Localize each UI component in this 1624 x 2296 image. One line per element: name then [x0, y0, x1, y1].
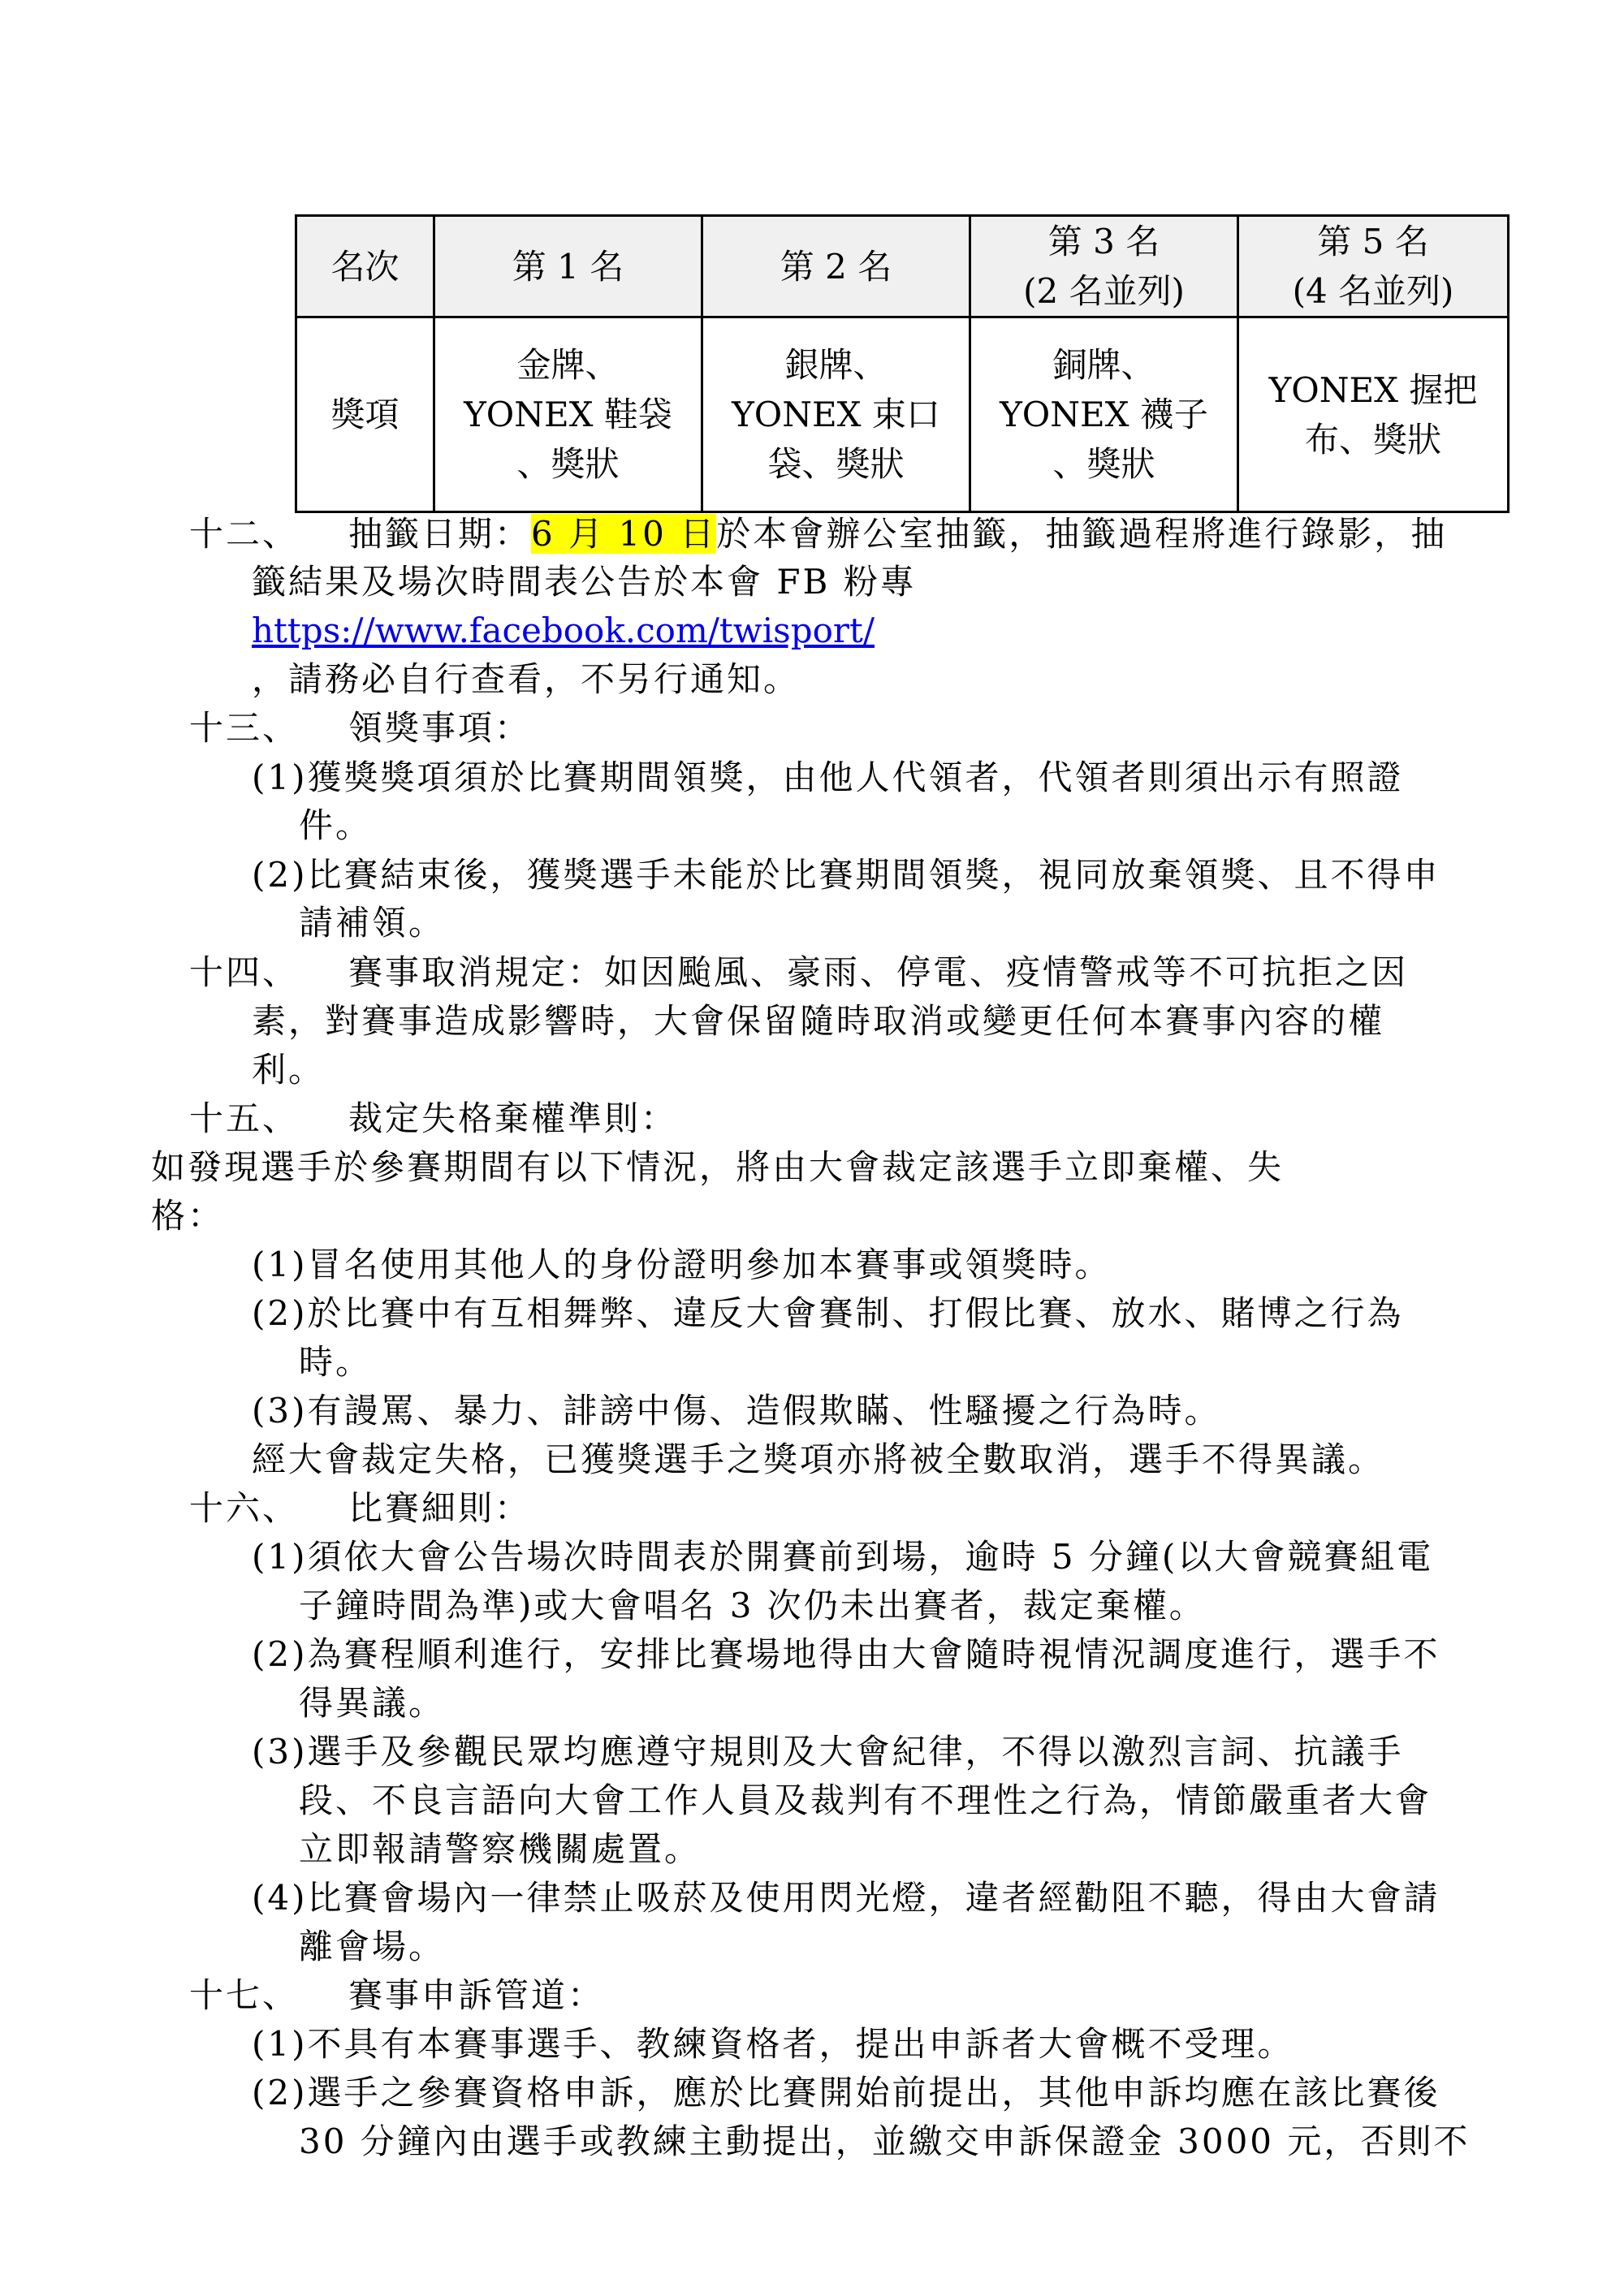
cell-line: 第 5 名 [1244, 217, 1502, 266]
text: 選手及參觀民眾均應遵守規則及大會紀律，不得以激烈言詞、抗議手 [308, 1732, 1404, 1772]
section-number: 十六、 [189, 1488, 348, 1529]
text: 於比賽中有互相舞弊、違反大會賽制、打假比賽、放水、賭博之行為 [308, 1293, 1404, 1333]
text: 冒名使用其他人的身份證明參加本賽事或領獎時。 [308, 1245, 1112, 1284]
text: 選手之參賽資格申訴，應於比賽開始前提出，其他申訴均應在該比賽後 [308, 2073, 1440, 2113]
table-header-row: 名次 第 1 名 第 2 名 第 3 名 (2 名並列) 第 5 名 (4 名並… [296, 216, 1509, 317]
list-item: (2)比賽結束後，獲獎選手未能於比賽期間領獎，視同放棄領獎、且不得申 [252, 855, 1440, 896]
row-label-prize: 獎項 [296, 317, 434, 512]
section-title: 裁定失格棄權準則： [348, 1098, 677, 1138]
list-item: (2)於比賽中有互相舞弊、違反大會賽制、打假比賽、放水、賭博之行為 [252, 1293, 1404, 1334]
list-marker: (3) [252, 1391, 308, 1431]
prize-cell-fifth: YONEX 握把 布、獎狀 [1238, 317, 1509, 512]
cell-line: 銅牌、 [976, 340, 1232, 390]
cell-line: 、獎狀 [976, 439, 1232, 489]
list-item: (3)有謾罵、暴力、誹謗中傷、造假欺瞞、性騷擾之行為時。 [252, 1391, 1221, 1431]
text: 有謾罵、暴力、誹謗中傷、造假欺瞞、性騷擾之行為時。 [308, 1391, 1221, 1431]
cell-line: 袋、獎狀 [708, 439, 964, 489]
section-number: 十七、 [189, 1975, 348, 2016]
list-marker: (2) [252, 855, 308, 895]
header-cell-second: 第 2 名 [702, 216, 970, 317]
list-marker: (4) [252, 1878, 308, 1918]
document-page: 名次 第 1 名 第 2 名 第 3 名 (2 名並列) 第 5 名 (4 名並… [0, 0, 1624, 2296]
cell-line: 布、獎狀 [1244, 415, 1502, 464]
text: 不具有本賽事選手、教練資格者，提出申訴者大會概不受理。 [308, 2024, 1294, 2064]
list-item-continuation: 件。 [299, 805, 372, 846]
cell-line: 、獎狀 [440, 439, 696, 489]
list-item-continuation: 請補領。 [299, 903, 445, 943]
list-item-continuation: 時。 [299, 1342, 372, 1383]
section-16-heading: 十六、比賽細則： [189, 1488, 531, 1529]
cell-line: YONEX 束口 [708, 390, 964, 439]
table-row: 獎項 金牌、 YONEX 鞋袋 、獎狀 銀牌、 YONEX 束口 袋、獎狀 銅牌… [296, 317, 1509, 512]
cell-line: 金牌、 [440, 340, 696, 390]
header-cell-rank: 名次 [296, 216, 434, 317]
facebook-link[interactable]: https://www.facebook.com/twisport/ [252, 611, 875, 651]
text: 賽事取消規定：如因颱風、豪雨、停電、疫情警戒等不可抗拒之因 [348, 952, 1408, 992]
cell-line: (4 名並列) [1244, 266, 1502, 316]
prize-cell-third: 銅牌、 YONEX 襪子 、獎狀 [970, 317, 1238, 512]
list-marker: (3) [252, 1732, 308, 1772]
list-item-continuation: 段、不良言語向大會工作人員及裁判有不理性之行為，情節嚴重者大會 [299, 1780, 1432, 1821]
list-marker: (2) [252, 1293, 308, 1333]
section-15-intro-1: 如發現選手於參賽期間有以下情況，將由大會裁定該選手立即棄權、失 [151, 1147, 1284, 1188]
section-number: 十五、 [189, 1098, 348, 1139]
cell-line: 第 3 名 [976, 217, 1232, 266]
list-item-continuation: 立即報請警察機關處置。 [299, 1829, 701, 1870]
list-marker: (1) [252, 1245, 308, 1284]
list-marker: (2) [252, 1634, 308, 1674]
section-title: 比賽細則： [348, 1488, 531, 1528]
list-item: (2)選手之參賽資格申訴，應於比賽開始前提出，其他申訴均應在該比賽後 [252, 2073, 1440, 2113]
list-item: (1)獲獎獎項須於比賽期間領獎，由他人代領者，代領者則須出示有照證 [252, 757, 1404, 798]
header-cell-first: 第 1 名 [434, 216, 702, 317]
list-marker: (1) [252, 757, 308, 797]
section-15-intro-2: 格： [151, 1196, 224, 1236]
prize-cell-first: 金牌、 YONEX 鞋袋 、獎狀 [434, 317, 702, 512]
section-15-heading: 十五、裁定失格棄權準則： [189, 1098, 677, 1139]
cell-line: YONEX 握把 [1244, 365, 1502, 415]
highlighted-date: 6 月 10 日 [531, 514, 716, 554]
section-number: 十二、 [189, 514, 348, 555]
prize-table: 名次 第 1 名 第 2 名 第 3 名 (2 名並列) 第 5 名 (4 名並… [295, 214, 1510, 513]
list-item-continuation: 30 分鐘內由選手或教練主動提出，並繳交申訴保證金 3000 元，否則不 [299, 2121, 1470, 2162]
list-marker: (1) [252, 1537, 308, 1577]
list-item: (1)不具有本賽事選手、教練資格者，提出申訴者大會概不受理。 [252, 2024, 1294, 2065]
section-14-line-2: 素，對賽事造成影響時，大會保留隨時取消或變更任何本賽事內容的權 [252, 1001, 1384, 1042]
section-17-heading: 十七、賽事申訴管道： [189, 1975, 604, 2016]
text: 須依大會公告場次時間表於開賽前到場，逾時 5 分鐘(以大會競賽組電 [308, 1537, 1434, 1577]
section-title: 領獎事項： [348, 708, 531, 748]
cell-line: YONEX 襪子 [976, 390, 1232, 439]
section-12-line-4: ，請務必自行查看，不另行通知。 [252, 659, 800, 700]
text: 為賽程順利進行，安排比賽場地得由大會隨時視情況調度進行，選手不 [308, 1634, 1440, 1674]
list-item: (2)為賽程順利進行，安排比賽場地得由大會隨時視情況調度進行，選手不 [252, 1634, 1440, 1675]
section-12-line-2: 籤結果及場次時間表公告於本會 FB 粉專 [252, 562, 917, 602]
section-13-heading: 十三、領獎事項： [189, 708, 531, 749]
section-number: 十四、 [189, 952, 348, 993]
list-item-continuation: 子鐘時間為準)或大會唱名 3 次仍未出賽者，裁定棄權。 [299, 1586, 1206, 1626]
list-item-continuation: 離會場。 [299, 1927, 445, 1967]
text: 獲獎獎項須於比賽期間領獎，由他人代領者，代領者則須出示有照證 [308, 757, 1404, 797]
section-12-line-1: 十二、抽籤日期：6 月 10 日於本會辦公室抽籤，抽籤過程將進行錄影，抽 [189, 514, 1447, 555]
list-item: (4)比賽會場內一律禁止吸菸及使用閃光燈，違者經勸阻不聽，得由大會請 [252, 1878, 1440, 1918]
section-number: 十三、 [189, 708, 348, 749]
list-item-continuation: 得異議。 [299, 1683, 445, 1724]
cell-line: 銀牌、 [708, 340, 964, 390]
list-item: (3)選手及參觀民眾均應遵守規則及大會紀律，不得以激烈言詞、抗議手 [252, 1732, 1404, 1772]
section-title: 抽籤日期： [348, 514, 531, 554]
cell-line: (2 名並列) [976, 266, 1232, 316]
section-title: 賽事申訴管道： [348, 1975, 604, 2015]
cell-line: YONEX 鞋袋 [440, 390, 696, 439]
text: 於本會辦公室抽籤，抽籤過程將進行錄影，抽 [716, 514, 1447, 554]
section-14-line-3: 利。 [252, 1050, 325, 1090]
list-marker: (1) [252, 2024, 308, 2064]
text: 比賽結束後，獲獎選手未能於比賽期間領獎，視同放棄領獎、且不得申 [308, 855, 1440, 895]
header-cell-fifth: 第 5 名 (4 名並列) [1238, 216, 1509, 317]
list-item: (1)須依大會公告場次時間表於開賽前到場，逾時 5 分鐘(以大會競賽組電 [252, 1537, 1433, 1577]
list-item: (1)冒名使用其他人的身份證明參加本賽事或領獎時。 [252, 1245, 1112, 1285]
prize-cell-second: 銀牌、 YONEX 束口 袋、獎狀 [702, 317, 970, 512]
text: 比賽會場內一律禁止吸菸及使用閃光燈，違者經勸阻不聽，得由大會請 [308, 1878, 1440, 1918]
section-15-closing: 經大會裁定失格，已獲獎選手之獎項亦將被全數取消，選手不得異議。 [252, 1439, 1384, 1480]
list-marker: (2) [252, 2073, 308, 2113]
header-cell-third: 第 3 名 (2 名並列) [970, 216, 1238, 317]
section-14-line-1: 十四、賽事取消規定：如因颱風、豪雨、停電、疫情警戒等不可抗拒之因 [189, 952, 1408, 993]
